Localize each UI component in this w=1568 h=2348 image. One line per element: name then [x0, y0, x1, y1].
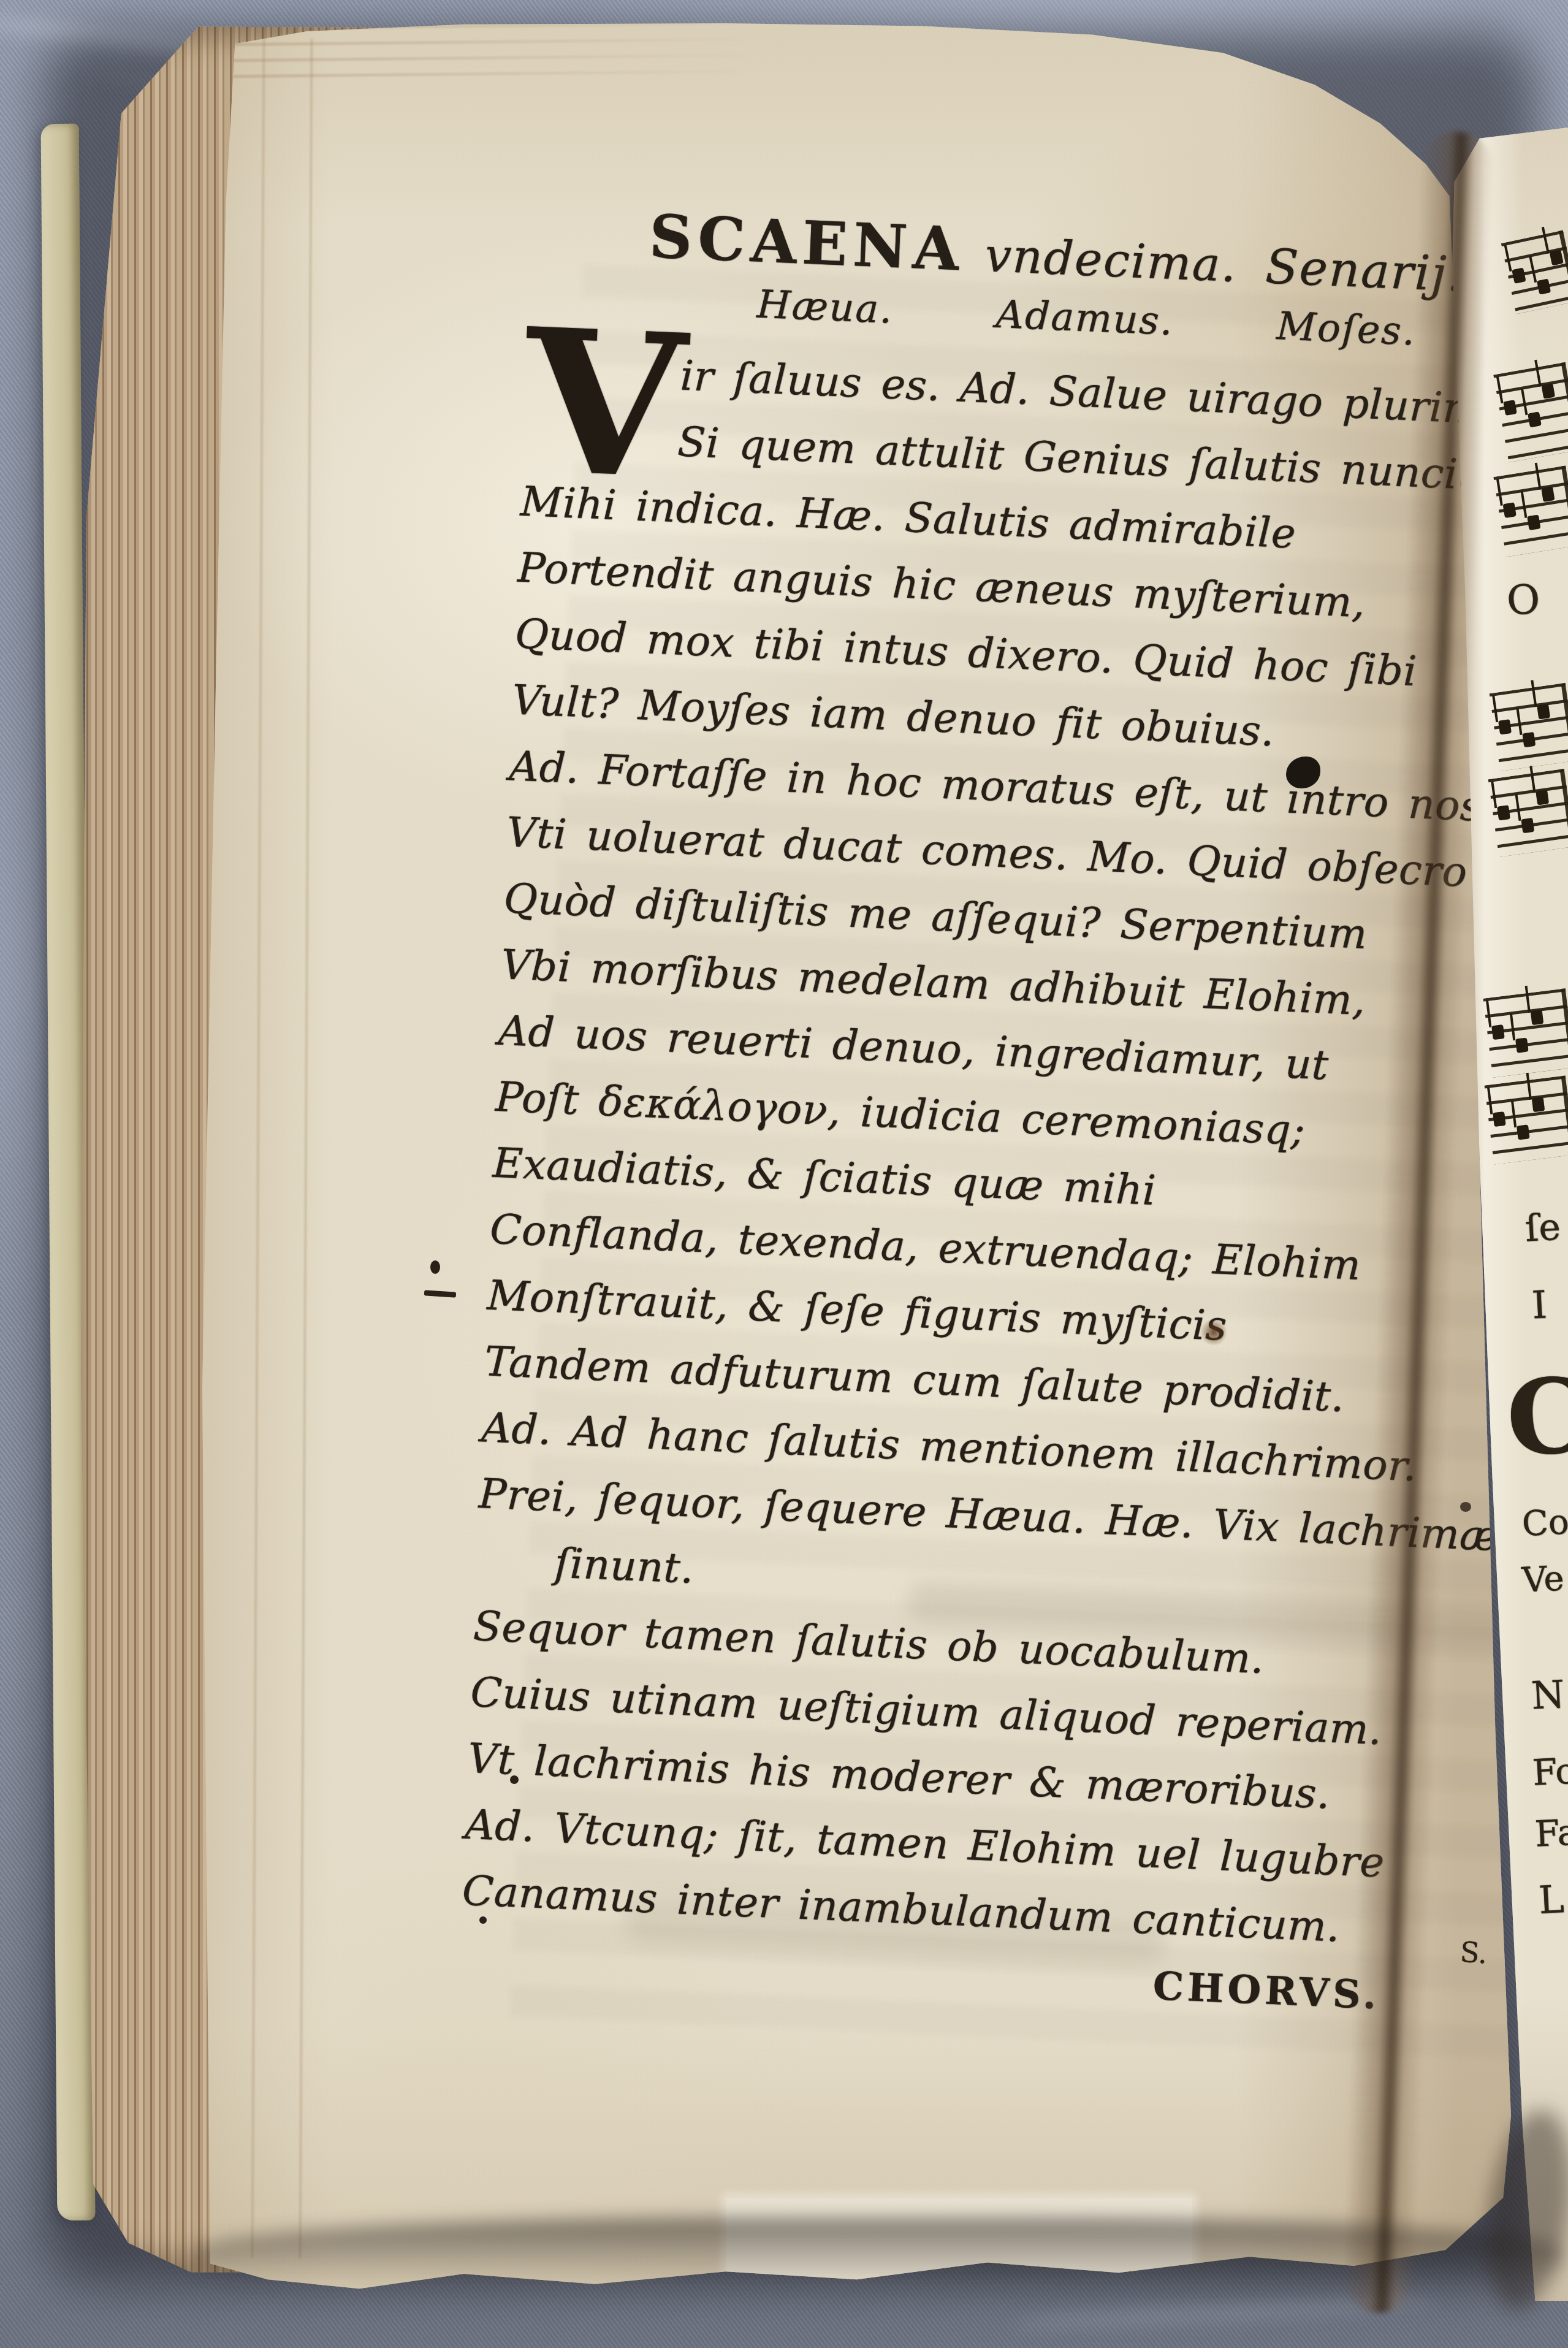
book-photo: SCAENAvndecima.Senarij. Hæua.Adamus.Moſe… — [0, 0, 1568, 2348]
ink-speck — [479, 1916, 487, 1924]
music-note-icon — [1493, 1111, 1506, 1127]
music-note-icon — [1532, 1097, 1545, 1112]
music-note-icon — [1497, 805, 1510, 820]
music-note-icon — [1498, 719, 1512, 734]
music-note-icon — [1549, 250, 1563, 265]
ink-dash — [424, 1290, 457, 1298]
ink-speck — [430, 1260, 440, 1274]
music-note-icon — [1541, 486, 1555, 502]
music-note-icon — [1541, 383, 1555, 399]
music-note-icon — [1503, 400, 1517, 416]
letter-fragment: ſe — [1524, 1206, 1561, 1251]
verse-block: V ir ſaluus es. Ad. Salue uirago plurimu… — [458, 336, 1498, 2030]
brown-stain — [1200, 1318, 1227, 1346]
letter-fragment: Fo — [1531, 1750, 1568, 1794]
printed-text-block: SCAENAvndecima.Senarij. Hæua.Adamus.Moſe… — [458, 196, 1504, 2030]
music-note-icon — [1527, 514, 1540, 530]
scene-word: SCAENA — [648, 201, 966, 284]
music-note-icon — [1491, 1024, 1505, 1040]
music-note-icon — [1536, 790, 1549, 805]
letter-fragment: Ve — [1521, 1558, 1565, 1600]
letter-fragment: Co — [1521, 1502, 1568, 1544]
music-note-icon — [1528, 411, 1542, 427]
scene-number: vndecima. — [984, 227, 1238, 292]
left-page: SCAENAvndecima.Senarij. Hæua.Adamus.Moſe… — [202, 23, 1511, 2298]
edge-letter-mark: S. — [1459, 1935, 1488, 1970]
ink-speck — [510, 1775, 519, 1784]
music-staff-fragment — [1493, 466, 1568, 557]
drop-cap-initial: V — [522, 336, 682, 472]
music-note-icon — [1515, 1037, 1529, 1053]
music-note-icon — [1517, 1124, 1530, 1140]
music-staff-fragment — [1483, 988, 1568, 1077]
speaker-name: Moſes. — [1275, 303, 1417, 363]
ink-speck — [1460, 1502, 1471, 1512]
music-staff-fragment — [1485, 1075, 1568, 1164]
music-note-icon — [1512, 267, 1526, 283]
music-note-icon — [1537, 278, 1551, 294]
music-note-icon — [1503, 502, 1517, 518]
verse-lines: ir ſaluus es. Ad. Salue uirago plurimum.… — [461, 336, 1498, 1964]
letter-fragment: N — [1530, 1672, 1566, 1718]
music-note-icon — [1537, 704, 1550, 719]
letter-fragment: Fa — [1534, 1811, 1568, 1855]
letter-fragment: L — [1537, 1877, 1565, 1923]
speaker-name: Adamus. — [995, 292, 1174, 353]
page-edge-deckle — [230, 39, 346, 2258]
speaker-name: Hæua. — [756, 281, 894, 341]
letter-fragment: I — [1531, 1282, 1548, 1327]
book-bottom-shadow — [196, 2218, 1563, 2298]
letter-fragment: C — [1504, 1354, 1568, 1480]
music-note-icon — [1522, 732, 1536, 747]
music-staff-fragment — [1488, 769, 1568, 857]
letter-fragment: O — [1505, 576, 1541, 625]
music-note-icon — [1531, 1010, 1544, 1025]
music-note-icon — [1521, 818, 1534, 833]
music-staff-fragment — [1490, 683, 1568, 771]
